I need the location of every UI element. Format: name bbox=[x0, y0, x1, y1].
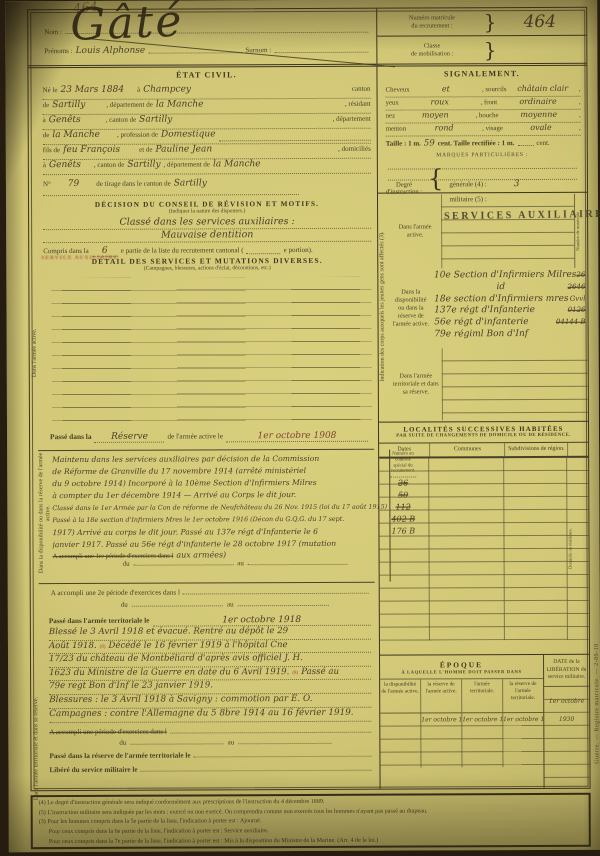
du-au-line: du au bbox=[121, 600, 329, 609]
decision-section: DÉCISION DU CONSEIL DE RÉVISION ET MOTIF… bbox=[43, 200, 371, 257]
blessures-line: Blessures : le 3 Avril 1918 à Savigny : … bbox=[49, 693, 371, 708]
du-label: du bbox=[121, 601, 128, 609]
matricule-row: Numéro matricule du recrutement : } 464 bbox=[377, 8, 586, 36]
hand-date: 1er octobre 1908 bbox=[421, 716, 462, 723]
hand-date: 1er octobre 1918 bbox=[462, 716, 503, 723]
date-liberation-value: 1er octobre 1930 bbox=[544, 685, 590, 788]
label: , résidant bbox=[345, 100, 371, 108]
nom-label: Nom : bbox=[44, 28, 62, 36]
decision-hand-2: Mauvaise dentition bbox=[43, 229, 371, 243]
label: de bbox=[43, 101, 50, 109]
hand-value: moyen bbox=[397, 110, 473, 119]
hand-text: Décédé le 16 février 1919 à l'hôpital Cn… bbox=[108, 640, 287, 651]
sig-line-1: Cheveux et , sourcils châtain clair , bbox=[386, 84, 581, 98]
hand-value: Champcey bbox=[143, 84, 191, 94]
label: , sourcils bbox=[482, 86, 507, 93]
label: Passé dans l'armée territoriale le bbox=[49, 617, 150, 625]
territoriale-section: Passé dans l'armée territoriale le 1er o… bbox=[49, 615, 372, 774]
hand-value: Sartilly bbox=[52, 100, 85, 110]
brace-glyph: } bbox=[484, 40, 497, 60]
label: e portion). bbox=[284, 246, 313, 254]
hand-value: ordinaire bbox=[499, 97, 577, 106]
label: menton bbox=[386, 126, 406, 133]
subdivisions-cells bbox=[505, 458, 568, 640]
taille-line: Taille : 1 m. 59 cent. Taille rectifiée … bbox=[386, 138, 581, 149]
label: A accompli une 2e période d'exercices da… bbox=[51, 589, 180, 598]
header-matricule-cell: Numéro matricule du recrutement : } 464 … bbox=[376, 8, 586, 64]
left-column: ÉTAT CIVIL. Né le 23 Mars 1884 à Champce… bbox=[28, 67, 379, 791]
localites-header: Dates Communes Subdivisions de région. bbox=[379, 442, 588, 459]
decision-subtitle: (Indiquer la nature des dispenses.) bbox=[43, 208, 371, 215]
localites-section: LOCALITÉS SUCCESSIVES HABITÉES PAR SUITE… bbox=[379, 421, 589, 641]
periode-struck-line: A accompli une période d'exercices dans … bbox=[49, 726, 371, 735]
unit-entry: 18e section d'Infirmiers mres Gvvl bbox=[432, 293, 587, 305]
etat-civil-section: ÉTAT CIVIL. Né le 23 Mars 1884 à Champce… bbox=[42, 70, 371, 196]
unit-number: 04144 B bbox=[556, 317, 586, 329]
ec-line-1: Né le 23 Mars 1884 à Champcey canton bbox=[43, 84, 371, 100]
label: générale (4) : bbox=[449, 180, 486, 188]
label: , canton de bbox=[94, 161, 125, 169]
label: N° bbox=[43, 180, 51, 188]
disponibilite-block: Dans la disponibilité ou dans la réserve… bbox=[38, 449, 375, 584]
au-label: au bbox=[227, 600, 234, 608]
blank bbox=[183, 593, 369, 595]
brace-glyph: { bbox=[428, 166, 443, 190]
du-label: du bbox=[119, 738, 126, 746]
surnom-blank bbox=[274, 52, 368, 53]
label: cent. bbox=[536, 139, 549, 147]
value-cell bbox=[380, 713, 421, 767]
label: nez bbox=[386, 113, 395, 120]
col-reserve-territoriale: la réserve de l'armée territoriale. bbox=[503, 679, 543, 712]
struck-label: A accompli une période d'exercices dans … bbox=[49, 727, 167, 736]
label: , bbox=[579, 86, 581, 93]
value-cell: 1er octobre 1908 bbox=[421, 713, 462, 767]
hand-value: Genêts bbox=[49, 160, 81, 170]
signalement-section: SIGNALEMENT. Cheveux et , sourcils châta… bbox=[377, 69, 586, 181]
col-side bbox=[567, 443, 588, 456]
label: canton bbox=[352, 85, 371, 93]
classe-label: Classe de mobilisation : bbox=[382, 42, 481, 58]
col-reserve-active: la réserve de l'armée active. bbox=[421, 679, 462, 712]
hand-value: châtain clair bbox=[509, 84, 577, 93]
label: , département de bbox=[164, 160, 210, 168]
territoriale-side-label: Dans l'armée territoriale et dans sa rés… bbox=[33, 688, 40, 808]
blank-ruled-area bbox=[51, 277, 372, 426]
blank bbox=[248, 564, 348, 565]
label: fils de bbox=[43, 146, 60, 154]
reserve-territoriale-line: Passé dans la réserve de l'armée territo… bbox=[49, 750, 371, 759]
communes-cells bbox=[429, 458, 505, 640]
label: cent. Taille rectifiée : 1 m. bbox=[438, 139, 515, 147]
hand-suffix: aux armées) bbox=[176, 550, 226, 559]
dispo-hand-text: Maintenu dans les services auxiliaires p… bbox=[49, 450, 389, 583]
right-column: SIGNALEMENT. Cheveux et , sourcils châta… bbox=[376, 66, 589, 789]
reserve-line: Passé dans la Réserve de l'armée active … bbox=[50, 431, 368, 443]
hand-line: Passé à la 18e section d'Infirmiers Mres… bbox=[52, 513, 387, 527]
hand-value: la Manche bbox=[213, 159, 261, 169]
unit-entry: id 2646 bbox=[432, 282, 587, 294]
label: , front bbox=[481, 99, 498, 106]
label: de bbox=[43, 131, 50, 139]
epoque-values: 1er octobre 1908 1er octobre 1918 1er oc… bbox=[380, 712, 543, 768]
hand-value: Domestique bbox=[161, 129, 216, 139]
red-reference-mark: (8) bbox=[100, 644, 106, 649]
ec-line-4: de la Manche , profession de Domestique bbox=[43, 129, 371, 145]
epoque-table: ÉPOQUE À LAQUELLE L'HOMME DOIT PASSER DA… bbox=[380, 654, 590, 789]
header-name-cell: Gâté Nom : Prénoms : Louis Alphonse Surn… bbox=[28, 9, 376, 66]
corps-terr-body bbox=[442, 348, 588, 421]
hand-value: 79 bbox=[68, 179, 79, 189]
generale-line: générale (4) : 3 bbox=[449, 179, 579, 190]
col-dates: Dates bbox=[379, 443, 429, 456]
matricule-label: Numéro matricule du recrutement : bbox=[382, 14, 481, 30]
col-subdivisions: Subdivisions de région. bbox=[504, 443, 567, 456]
hand-date: 1er octobre 1930 bbox=[549, 697, 584, 722]
value-cell: 1er octobre 1918 bbox=[462, 713, 503, 767]
label: , visage bbox=[482, 125, 503, 132]
scanned-photo: 464 Guerre. — Registre matricule. — 2-89… bbox=[0, 0, 600, 856]
blank bbox=[247, 253, 281, 254]
label: Libéré du service militaire le bbox=[49, 765, 137, 773]
hand-value: la Manche bbox=[52, 130, 100, 140]
passe-territoriale-line: Passé dans l'armée territoriale le 1er o… bbox=[49, 615, 371, 627]
hand-date: 1er octobre 1908 bbox=[226, 431, 368, 443]
label: , bbox=[579, 112, 581, 119]
blank bbox=[517, 145, 533, 146]
hand-value: 3 bbox=[514, 179, 520, 189]
unit-entry: 79e régiml Bon d'Inf bbox=[432, 329, 587, 341]
hand-value: Sartilly bbox=[139, 115, 172, 125]
unit-number: 26 bbox=[576, 270, 585, 282]
label: , profession de bbox=[117, 131, 158, 139]
hand-text: 1623 du Ministre de la Guerre en date du… bbox=[49, 667, 289, 678]
two-columns: ÉTAT CIVIL. Né le 23 Mars 1884 à Champce… bbox=[28, 66, 589, 790]
blank bbox=[170, 731, 372, 733]
hand-value: 23 Mars 1884 bbox=[60, 85, 124, 95]
footnote-3c: Pour ceux compris dans la 7e partie de l… bbox=[39, 835, 583, 847]
label: e partie de la liste du recrutement cant… bbox=[121, 246, 244, 255]
libere-line: Libéré du service militaire le bbox=[49, 764, 371, 773]
classe-row: Classe de mobilisation : } bbox=[377, 35, 586, 64]
campagnes-line: Campagnes : contre l'Allemagne du 5 8bre… bbox=[49, 707, 371, 722]
dispo-side-label: Dans la disponibilité ou dans la réserve… bbox=[38, 451, 50, 583]
label: Taille : 1 m. bbox=[386, 139, 421, 147]
prenoms-blank bbox=[148, 52, 242, 53]
au-label: au bbox=[228, 738, 235, 746]
unit-name: 137e régt d'Infanterie bbox=[434, 305, 568, 317]
unit-name: 56e régt d'infanterie bbox=[434, 317, 556, 329]
hand-value: roux bbox=[401, 97, 479, 106]
details-section: SERVICE AUXILIAIRE DÉTAIL DES SERVICES E… bbox=[43, 256, 371, 272]
epoque-left: ÉPOQUE À LAQUELLE L'HOMME DOIT PASSER DA… bbox=[380, 655, 544, 789]
corps-dispo-row: Dans la disponibilité ou dans la réserve… bbox=[389, 268, 587, 349]
label: , bouche bbox=[475, 112, 498, 119]
label: à bbox=[43, 116, 46, 124]
hand-value: Sartilly bbox=[127, 160, 160, 170]
label: , département bbox=[333, 115, 371, 123]
dates-cells bbox=[379, 459, 430, 641]
corps-territoriale-row: Dans l'armée territoriale et dans sa rés… bbox=[390, 348, 588, 421]
blank bbox=[219, 140, 371, 142]
sig-line-4: menton rond , visage ovale , bbox=[386, 123, 581, 137]
ec-line-2: de Sartilly , département de la Manche ,… bbox=[43, 99, 371, 115]
matricule-value: 464 bbox=[498, 11, 581, 31]
label: , canton de bbox=[106, 116, 137, 124]
epoque-date-column: DATE de la LIBÉRATION du service militai… bbox=[544, 655, 590, 788]
hand-value: rond bbox=[408, 123, 480, 132]
hand-value: et bbox=[412, 84, 480, 93]
main-frame: Gâté Nom : Prénoms : Louis Alphonse Surn… bbox=[27, 7, 590, 791]
surname-handwritten-large: Gâté bbox=[69, 0, 184, 51]
hand-value: Réserve bbox=[95, 432, 165, 443]
blank bbox=[134, 564, 234, 565]
hand-value: la Manche bbox=[156, 99, 204, 109]
ec-line-3: à Genêts , canton de Sartilly , départem… bbox=[43, 114, 371, 130]
sig-line-2: yeux roux , front ordinaire , bbox=[386, 97, 581, 111]
hand-value: ovale bbox=[505, 123, 577, 132]
label: Né le bbox=[43, 86, 58, 94]
label: Compris dans la bbox=[43, 247, 89, 255]
hand-value: feu François bbox=[63, 145, 120, 155]
label: , bbox=[579, 125, 581, 132]
au-label: au bbox=[237, 559, 244, 567]
localites-body: Domicile ou résidence. bbox=[379, 458, 589, 641]
ec-line-5: fils de feu François et de Pauline Jean … bbox=[43, 144, 371, 160]
date-liberation-header: DATE de la LIBÉRATION du service militai… bbox=[544, 655, 589, 686]
hand-value: Genêts bbox=[49, 115, 81, 125]
domicile-residence-label: Domicile ou résidence. bbox=[567, 458, 589, 640]
col-territoriale: l'armée territoriale. bbox=[462, 679, 503, 712]
red-reference-mark: (8) bbox=[292, 671, 298, 676]
label: Passé dans la bbox=[50, 432, 92, 441]
header-row: Gâté Nom : Prénoms : Louis Alphonse Surn… bbox=[28, 8, 586, 68]
periode2-section: A accompli une 2e période d'exercices da… bbox=[51, 588, 369, 609]
blank bbox=[238, 605, 329, 606]
matricule-number-strip: Numéro de matricule bbox=[574, 194, 587, 268]
unit-entry: 137e régt d'Infanterie 0126 bbox=[432, 305, 587, 317]
blank bbox=[194, 755, 372, 757]
signalement-title: SIGNALEMENT. bbox=[377, 69, 586, 79]
corps-terr-label: Dans l'armée territoriale et dans sa rés… bbox=[390, 348, 442, 420]
unit-name: 18e section d'Infirmiers mres bbox=[434, 293, 570, 305]
du-label: du bbox=[123, 560, 130, 568]
unit-entry: 10e Section d'Infirmiers Milres 26 bbox=[432, 270, 587, 282]
hand-text: Août 1918. bbox=[49, 640, 97, 650]
unit-number: Gvvl bbox=[570, 293, 586, 305]
hand-value: 59 bbox=[424, 138, 435, 148]
struck-label: A accompli une 1re période d'exercices d… bbox=[53, 552, 174, 560]
corps-active-label: Dans l'armée active. bbox=[389, 194, 441, 268]
value-cell: 1er octobre 1924 bbox=[503, 713, 543, 767]
blank bbox=[130, 743, 223, 744]
label: Cheveux bbox=[386, 87, 410, 94]
du-au-line: du au bbox=[123, 559, 348, 568]
corps-side-label: Indication des corps auxquels les jeunes… bbox=[379, 202, 387, 412]
hand-date: 1er octobre 1918 bbox=[152, 615, 370, 627]
blank bbox=[132, 605, 223, 606]
matricule-strip-label: Numéro de matricule bbox=[575, 194, 581, 268]
unit-entry: 56e régt d'infanterie 04144 B bbox=[432, 317, 587, 329]
blank bbox=[238, 742, 331, 743]
label: Passé dans la réserve de l'armée territo… bbox=[49, 751, 190, 760]
label: et de bbox=[139, 146, 152, 154]
hand-value: moyenne bbox=[501, 110, 577, 119]
ec-line-7: N° 79 de tirage dans le canton de Sartil… bbox=[43, 178, 299, 196]
active-army-side-label: Dans l'armée active. bbox=[31, 298, 38, 408]
du-au-line: du au bbox=[119, 737, 331, 746]
hand-line: 79e regt Bon d'Inf le 23 janvier 1919. bbox=[49, 680, 371, 695]
label: de l'armée active le bbox=[168, 432, 223, 440]
label: à bbox=[137, 86, 140, 94]
hand-line: 1623 du Ministre de la Guerre en date du… bbox=[49, 666, 371, 681]
corps-active-row: Dans l'armée active. SERVICES AUXILIAIRE… bbox=[389, 194, 587, 269]
corps-active-body: SERVICES AUXILIAIRES bbox=[441, 194, 574, 269]
ec-line-6: à Genêts , canton de Sartilly , départem… bbox=[43, 159, 371, 175]
corps-dispo-entries: 10e Section d'Infirmiers Milres 26 id 26… bbox=[432, 268, 588, 349]
label: à bbox=[43, 161, 46, 169]
localites-subtitle: PAR SUITE DE CHANGEMENTS DE DOMICILE OU … bbox=[379, 433, 588, 439]
corps-dispo-label: Dans la disponibilité ou dans la réserve… bbox=[389, 268, 432, 348]
hand-text: Passé au bbox=[301, 666, 339, 676]
footnotes-box: (4) Le degré d'instruction générale sera… bbox=[31, 793, 591, 849]
hand-line: Blessé le 3 Avril 1918 et évacué. Rentré… bbox=[49, 626, 371, 641]
etat-civil-title: ÉTAT CIVIL. bbox=[42, 70, 370, 80]
label: , bbox=[579, 99, 581, 106]
unit-number: 0126 bbox=[568, 305, 586, 317]
col-disponibilite: la disponibilité de l'armée active. bbox=[380, 679, 421, 712]
paper-sheet: 464 Guerre. — Registre matricule. — 2-89… bbox=[5, 0, 600, 852]
epoque-col-headers: la disponibilité de l'armée active. la r… bbox=[380, 678, 543, 713]
hand-value: Sartilly bbox=[174, 178, 207, 188]
label: , département de bbox=[106, 101, 152, 109]
unit-name: id bbox=[434, 282, 568, 294]
prenoms-label: Prénoms : bbox=[44, 47, 72, 55]
sig-line-3: nez moyen , bouche moyenne , bbox=[386, 110, 581, 124]
unit-number: 2646 bbox=[568, 282, 586, 294]
blank bbox=[141, 769, 372, 771]
label: de tirage dans le canton de bbox=[96, 180, 170, 188]
hand-date: 1er octobre 1924 bbox=[503, 716, 543, 723]
label: , domiciliés bbox=[338, 145, 371, 153]
margin-print-note: Guerre. — Registre matricule. — 2-89-19 bbox=[594, 594, 600, 764]
brace-glyph: } bbox=[484, 12, 497, 32]
unit-name: 79e régiml Bon d'Inf bbox=[434, 329, 585, 341]
hand-line: 17/23 du château de Montbéliard d'après … bbox=[49, 653, 371, 668]
side-cells: Domicile ou résidence. bbox=[567, 458, 589, 640]
red-stamp: SERVICE AUXILIAIRE bbox=[41, 255, 118, 261]
col-communes: Communes bbox=[429, 443, 504, 457]
label: yeux bbox=[386, 100, 399, 107]
epoque-subtitle: À LAQUELLE L'HOMME DOIT PASSER DANS bbox=[380, 669, 543, 675]
periode2-line: A accompli une 2e période d'exercices da… bbox=[51, 588, 369, 597]
unit-name: 10e Section d'Infirmiers Milres bbox=[434, 270, 576, 282]
hand-line: Août 1918. (8) Décédé le 16 février 1919… bbox=[49, 639, 371, 654]
hand-value: Pauline Jean bbox=[155, 144, 212, 154]
